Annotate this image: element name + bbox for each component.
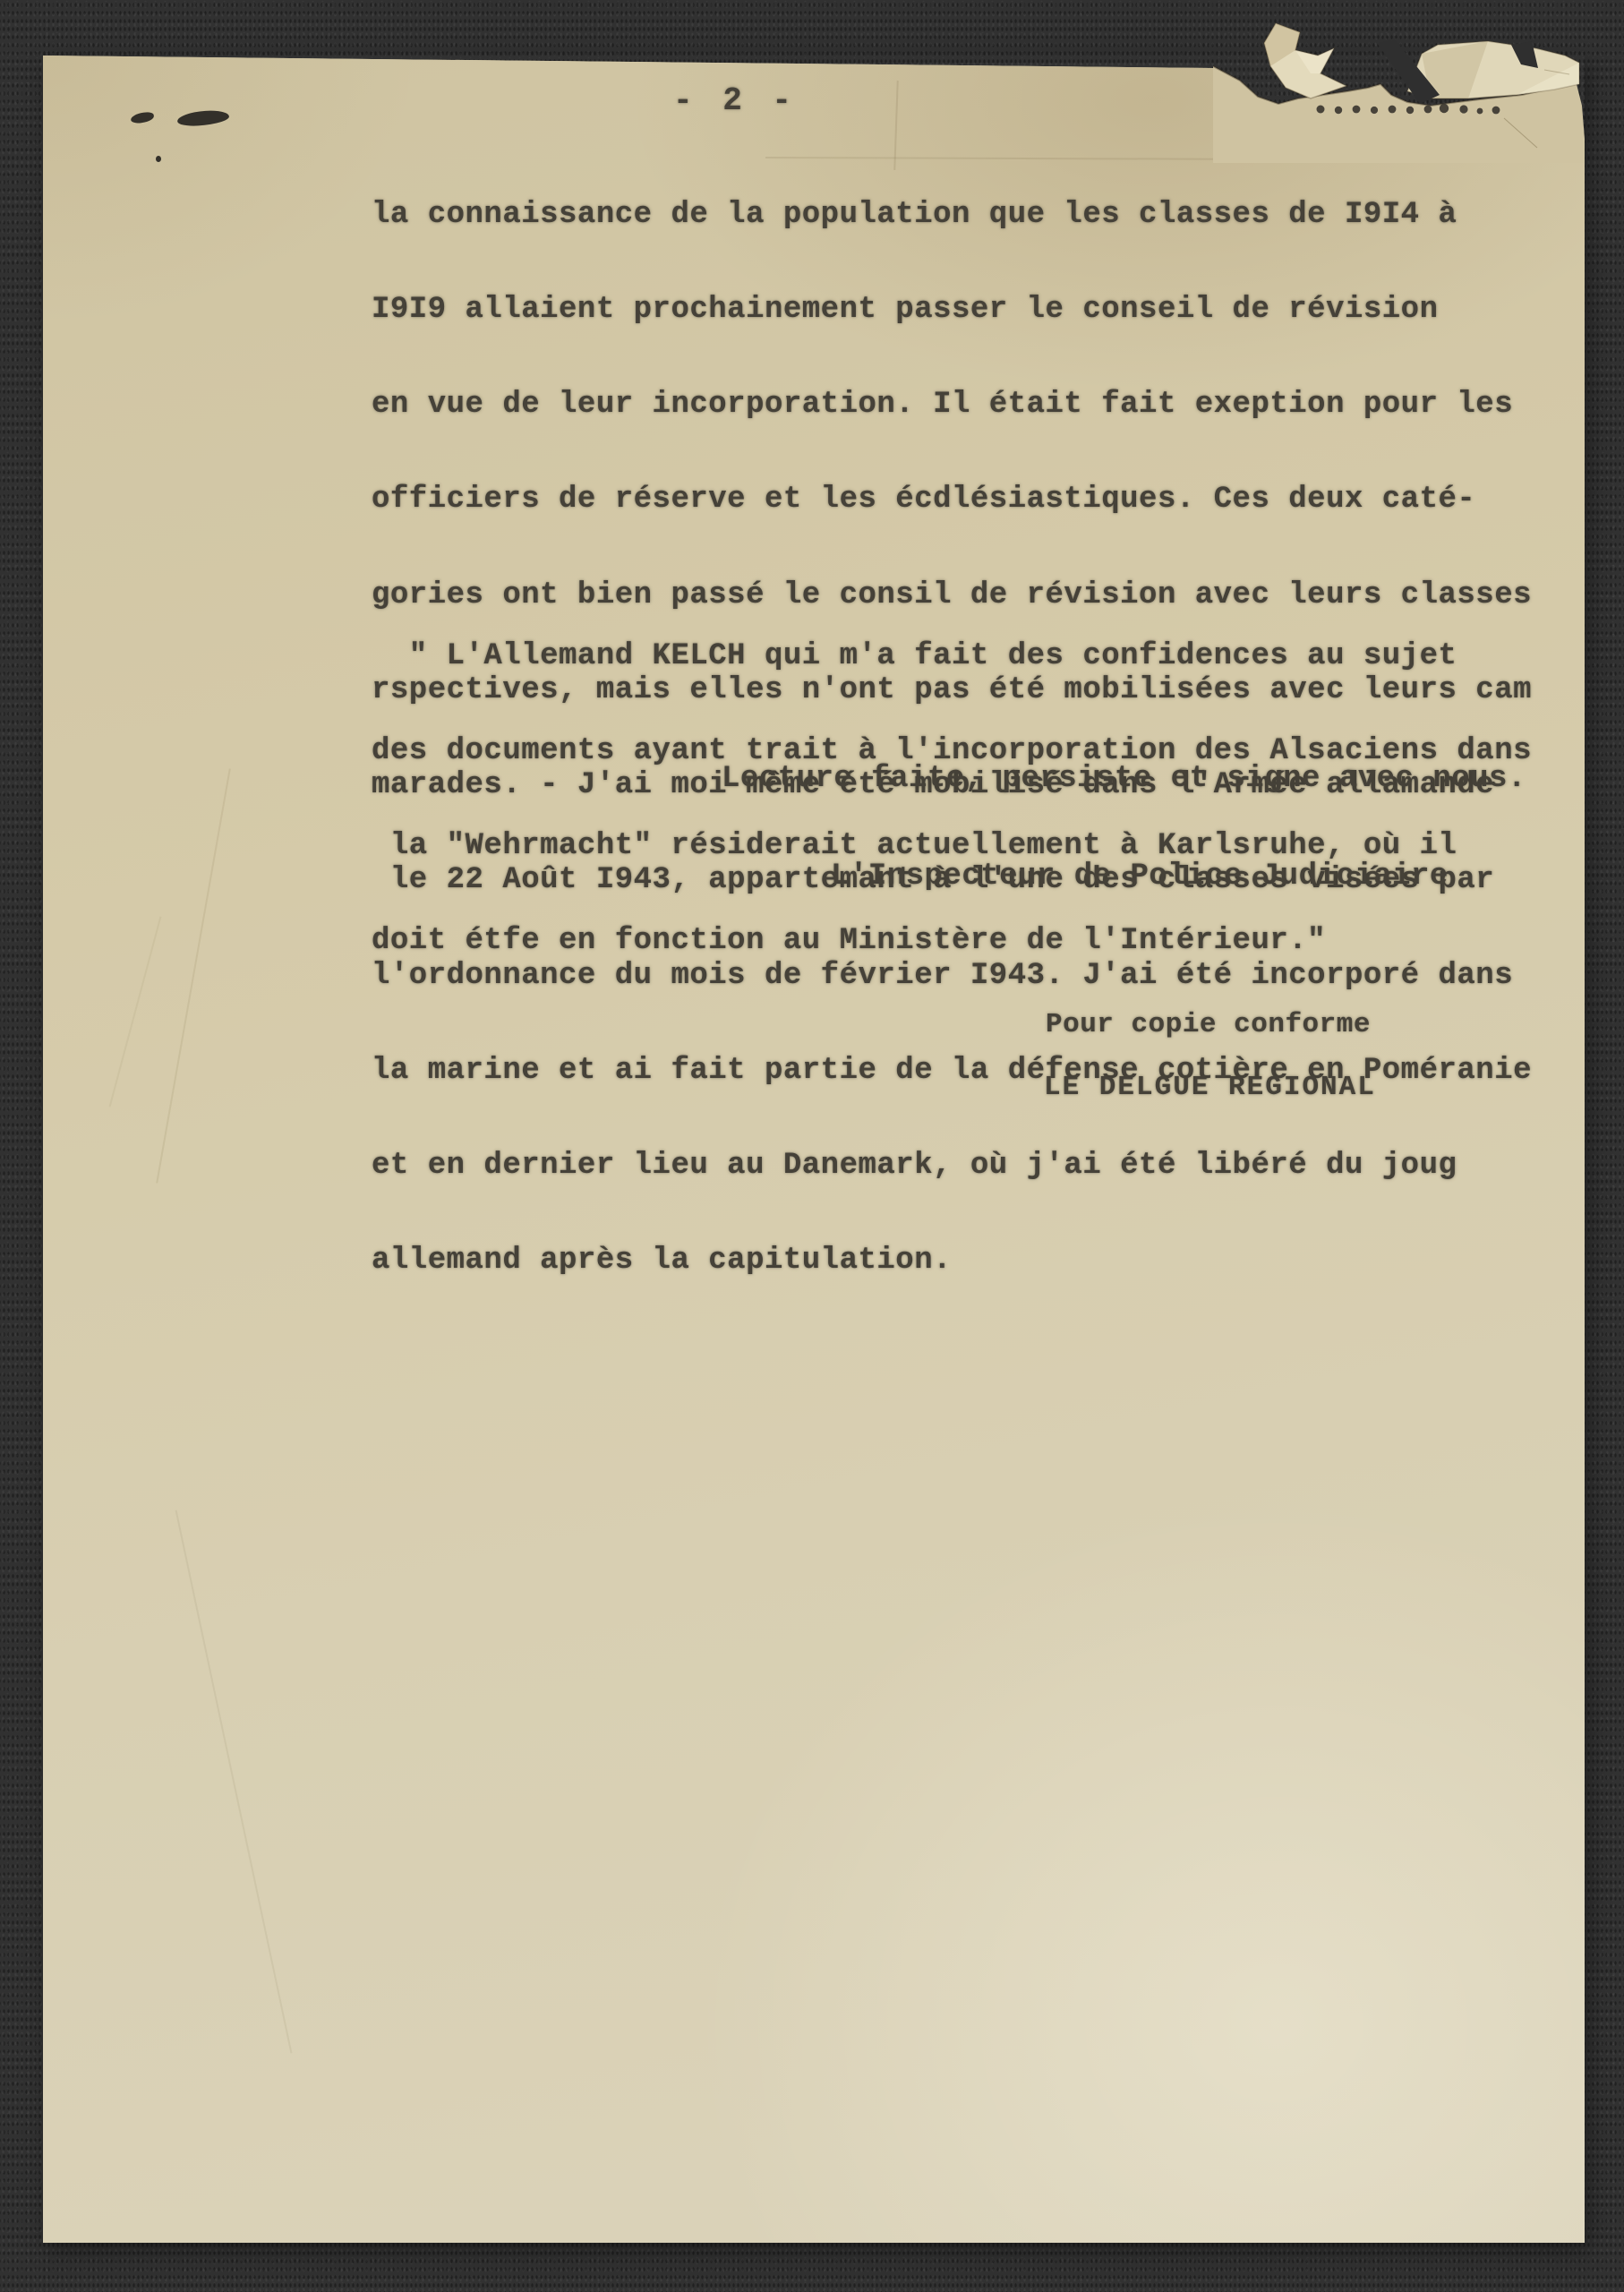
regional-delegate-line: LE DELGUE REGIONAL (1044, 1073, 1376, 1103)
typed-line: allemand après la capitulation. (372, 1245, 1532, 1277)
typed-line: la "Wehrmacht" résiderait actuellement à… (372, 831, 1532, 862)
closing-line: Lecture faite, persiste et signe avec no… (722, 764, 1526, 795)
typed-line: et en dernier lieu au Danemark, où j'ai … (372, 1150, 1532, 1182)
ink-blot-large (177, 109, 230, 127)
typed-line: I9I9 allaient prochainement passer le co… (372, 295, 1532, 326)
crease-line (109, 916, 162, 1107)
ink-blot-small (130, 111, 154, 124)
ink-speck (156, 156, 161, 162)
page-number: - 2 - (673, 82, 797, 119)
inspector-title-line: L'Inspecteur de Police Judiciaire (831, 861, 1449, 893)
torn-corner-graphic (1213, 18, 1624, 163)
scan-background: { "page_number": "- 2 -", "body": { "par… (0, 0, 1624, 2292)
copy-conforme-line: Pour copie conforme (1046, 1010, 1371, 1040)
crease-line (175, 1510, 293, 2054)
typed-line: doit étfe en fonction au Ministère de l'… (372, 926, 1532, 957)
typed-line: en vue de leur incorporation. Il était f… (372, 389, 1532, 421)
crease-line (156, 768, 231, 1183)
typed-line: officiers de réserve et les écdlésiastiq… (372, 484, 1532, 516)
typed-line: " L'Allemand KELCH qui m'a fait des conf… (372, 641, 1532, 672)
typed-line: la connaissance de la population que les… (372, 200, 1532, 231)
